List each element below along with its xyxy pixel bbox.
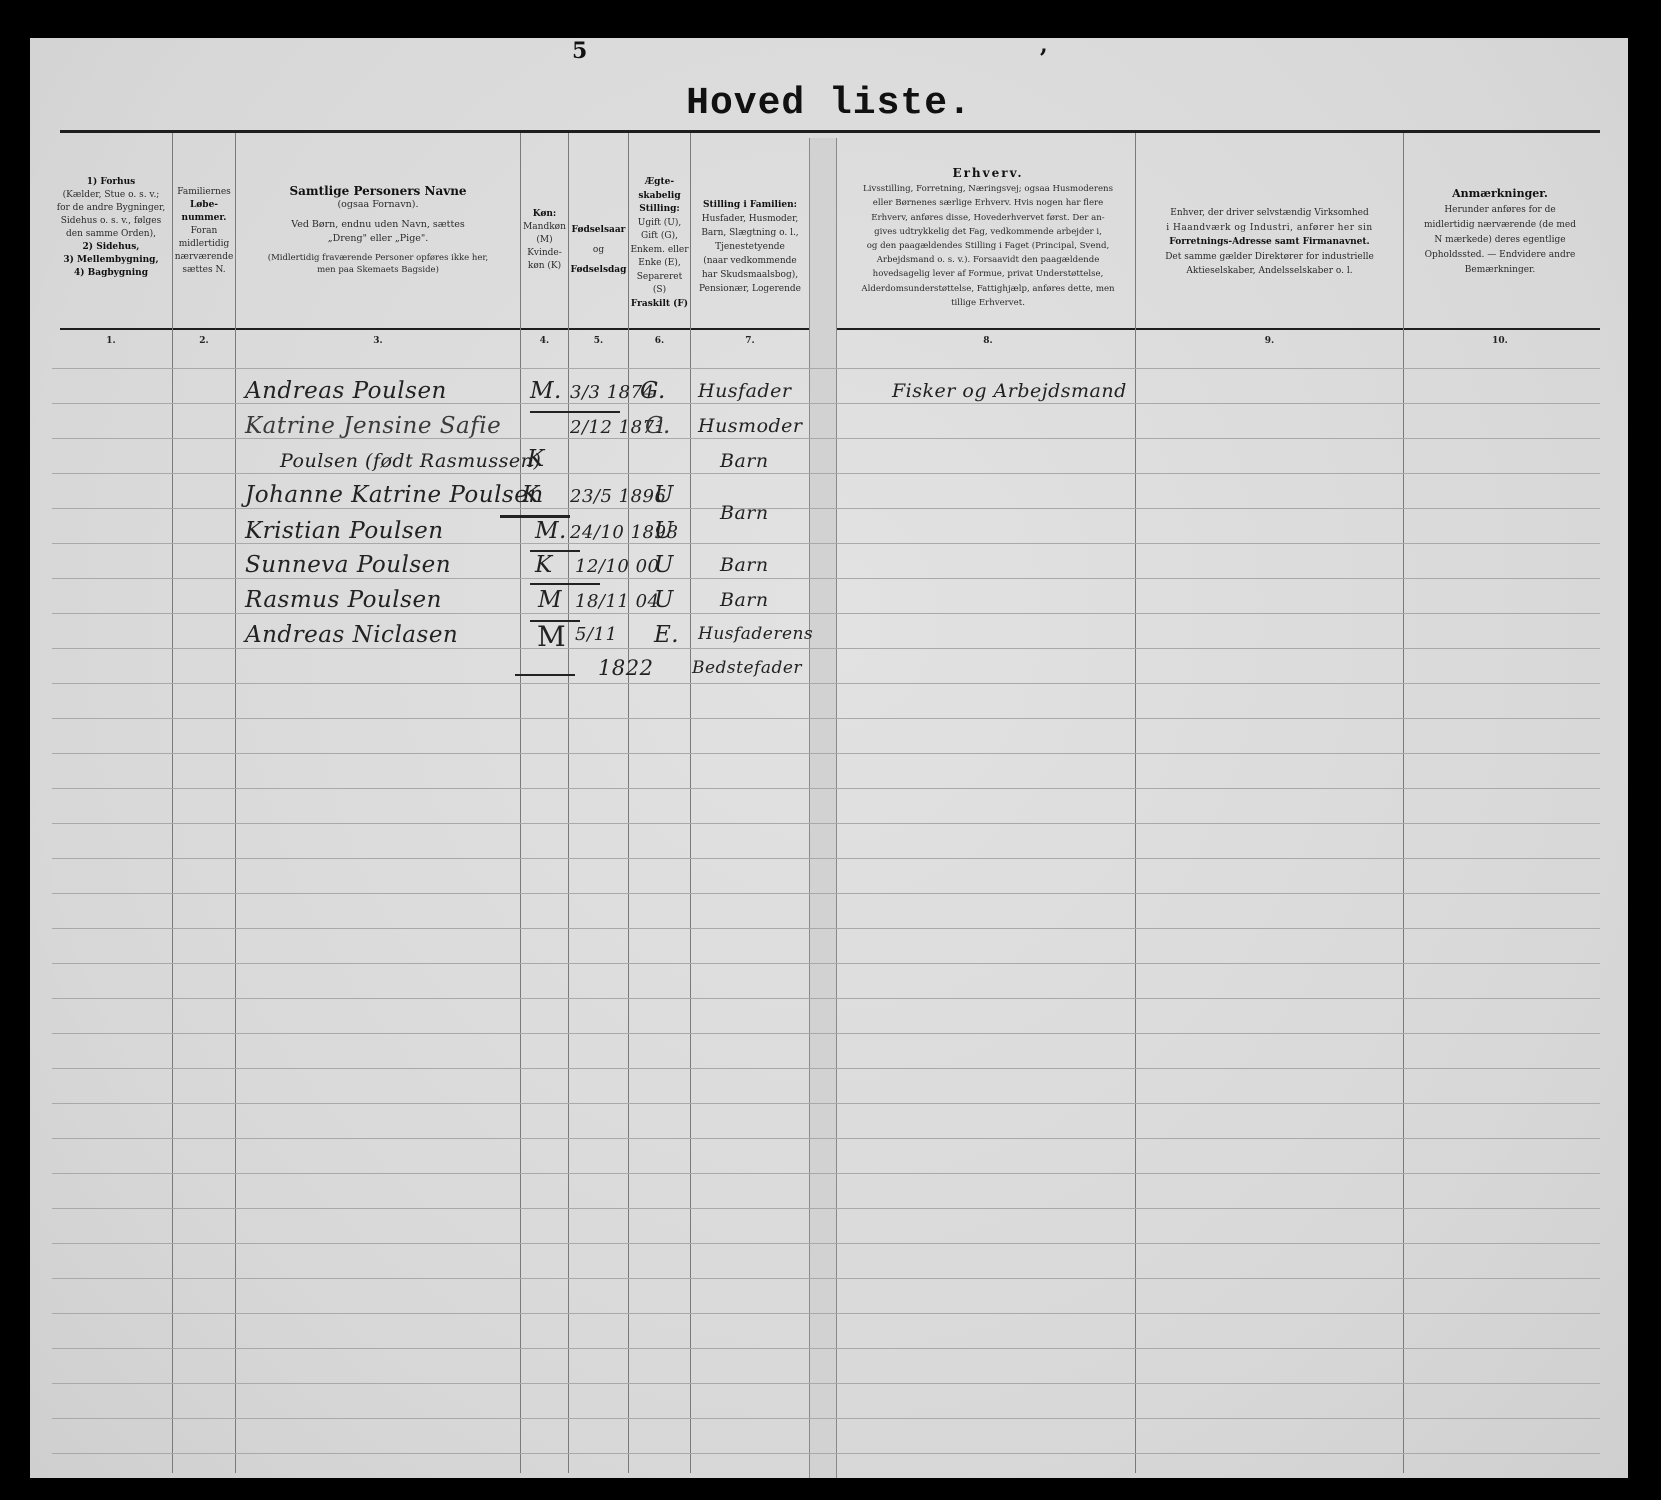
header-col-2-line: nummer. <box>182 213 227 223</box>
header-col-3-line: Ved Børn, endnu uden Navn, sættes <box>236 218 520 232</box>
header-col-6-line: Enke (E), <box>629 257 690 271</box>
header-col-8-line: og den paagældendes Stilling i Faget (Pr… <box>842 239 1134 253</box>
entry-birth: 5/11 <box>575 624 617 645</box>
entry-birth: 23/5 1896 <box>570 486 666 507</box>
col-divider-2 <box>235 133 236 1473</box>
ruled-line <box>52 998 1600 999</box>
ruled-line <box>52 1173 1600 1174</box>
entry-family-position: Husfaderens <box>698 624 813 644</box>
entry-marital: G. <box>640 378 666 404</box>
header-col-9: Enhver, der driver selvstændig Virksomhe… <box>1136 206 1403 279</box>
header-col-8-line: eller Børnenes særlige Erhverv. Hvis nog… <box>842 196 1134 210</box>
entry-birth-year: 1822 <box>598 656 653 680</box>
header-col-6-line: Separeret <box>629 271 690 285</box>
top-mark-left: 5 <box>572 38 587 64</box>
entry-sex: M <box>537 620 566 653</box>
pen-stroke <box>530 620 580 622</box>
page-title: Hoved liste. <box>30 82 1628 125</box>
entry-occupation: Fisker og Arbejdsmand <box>892 380 1127 402</box>
header-col-8-line: hovedsagelig lever af Formue, privat Und… <box>842 267 1134 281</box>
ruled-line <box>52 578 1600 579</box>
pen-stroke <box>515 674 575 676</box>
header-col-6-line: Ugift (U), <box>629 217 690 231</box>
header-col-8-line: Alderdomsunderstøttelse, Fattighjælp, an… <box>842 282 1134 296</box>
header-col-9-line: Enhver, der driver selvstændig Virksomhe… <box>1136 206 1403 221</box>
header-col-6-line: (S) <box>629 284 690 298</box>
header-col-8: Erhverv. Livsstilling, Forretning, Nærin… <box>842 166 1134 310</box>
header-col-1-line: 1) Forhus <box>87 177 135 187</box>
header-col-4-line: Mandkøn <box>521 221 568 234</box>
ruled-line <box>52 1208 1600 1209</box>
column-number-4: 4. <box>521 336 568 346</box>
column-number-3: 3. <box>236 336 520 346</box>
header-col-10: Anmærkninger. Herunder anføres for de mi… <box>1404 186 1596 278</box>
entry-sex: K <box>522 482 540 508</box>
ruled-line <box>52 963 1600 964</box>
entry-sex: K <box>535 552 553 578</box>
header-col-2-line: Løbe- <box>190 200 218 210</box>
header-col-8-line: Livsstilling, Forretning, Næringsvej; og… <box>842 182 1134 196</box>
header-col-4-line: Køn: <box>533 209 557 219</box>
header-col-7-line: Barn, Slægtning o. l., <box>691 226 809 240</box>
header-col-2-line: nærværende <box>173 251 235 264</box>
header-col-3-line: (Midlertidig fraværende Personer opføres… <box>236 252 520 264</box>
header-col-1-line: for de andre Bygninger, <box>52 202 170 215</box>
ruled-line <box>52 368 1600 369</box>
entry-birth: 12/10 00 <box>575 556 660 577</box>
header-col-9-line: Det samme gælder Direktører for industri… <box>1136 250 1403 265</box>
header-col-10-line: Herunder anføres for de <box>1404 203 1596 218</box>
header-col-10-line: midlertidig nærværende (de med <box>1404 218 1596 233</box>
census-sheet: 5 , Hoved liste. 1) Forhus (Kælder, Stue… <box>30 38 1628 1478</box>
header-col-3-heading: Samtlige Personers Navne <box>236 184 520 198</box>
col-divider-6 <box>690 133 691 1473</box>
header-col-2-line: Foran <box>173 225 235 238</box>
column-number-5: 5. <box>569 336 628 346</box>
header-col-5-line: Fødselsdag <box>571 265 627 275</box>
header-col-10-line: Bemærkninger. <box>1404 263 1596 278</box>
entry-name: Andreas Poulsen <box>245 378 447 404</box>
ruled-line <box>52 788 1600 789</box>
column-number-1: 1. <box>52 336 170 346</box>
header-col-8-line: gives udtrykkelig det Fag, vedkommende a… <box>842 225 1134 239</box>
ruled-line <box>52 1418 1600 1419</box>
header-col-8-line: tillige Erhvervet. <box>842 296 1134 310</box>
header-col-3: Samtlige Personers Navne (ogsaa Fornavn)… <box>236 184 520 276</box>
header-col-10-line: Opholdssted. — Endvidere andre <box>1404 248 1596 263</box>
ruled-line <box>52 1033 1600 1034</box>
ruled-line <box>52 1313 1600 1314</box>
header-col-7-line: har Skudsmaalsbog), <box>691 268 809 282</box>
header-col-1: 1) Forhus (Kælder, Stue o. s. v.; for de… <box>52 176 170 280</box>
header-col-5-line: og <box>569 240 628 260</box>
ruled-line <box>52 823 1600 824</box>
header-col-7-line: Tjenestetyende <box>691 240 809 254</box>
col-divider-5 <box>628 133 629 1473</box>
header-col-8-heading: Erhverv. <box>842 166 1134 180</box>
entry-name: Kristian Poulsen <box>245 518 444 544</box>
entry-family-position: Barn <box>720 450 769 472</box>
header-col-2-line: sættes N. <box>173 264 235 277</box>
col-divider-3 <box>520 133 521 1473</box>
ruled-line <box>52 718 1600 719</box>
header-col-1-line: 4) Bagbygning <box>74 268 148 278</box>
header-col-5: Fødselsaar og Fødselsdag <box>569 220 628 280</box>
entry-family-position: Barn <box>720 554 769 576</box>
ruled-line <box>52 1138 1600 1139</box>
ruled-line <box>52 753 1600 754</box>
header-col-7: Stilling i Familien: Husfader, Husmoder,… <box>691 198 809 296</box>
header-col-5-line: Fødselsaar <box>572 225 626 235</box>
header-col-2-line: Familiernes <box>173 186 235 199</box>
entry-family-position: Husmoder <box>698 415 803 437</box>
header-col-9-line: i Haandværk og Industri, anfører her sin <box>1136 221 1403 236</box>
header-col-8-line: Arbejdsmand o. s. v.). Forsaavidt den pa… <box>842 253 1134 267</box>
header-col-1-line: (Kælder, Stue o. s. v.; <box>52 189 170 202</box>
header-col-2-line: midlertidig <box>173 238 235 251</box>
header-col-6-line: Enkem. eller <box>629 244 690 258</box>
ruled-line <box>52 1068 1600 1069</box>
entry-sex: K <box>527 446 545 472</box>
header-col-3-line: (ogsaa Fornavn). <box>236 198 520 212</box>
col-divider-1 <box>172 133 173 1473</box>
header-col-6-line: Stilling: <box>639 204 680 214</box>
header-col-4: Køn: Mandkøn (M) Kvinde- køn (K) <box>521 208 568 273</box>
header-col-4-line: (M) <box>521 234 568 247</box>
entry-marital: G. <box>645 413 671 439</box>
column-number-8: 8. <box>842 336 1134 346</box>
top-mark-right: , <box>1040 32 1048 58</box>
entry-name: Andreas Niclasen <box>245 622 458 648</box>
header-col-7-line: (naar vedkommende <box>691 254 809 268</box>
entry-family-position: Barn <box>720 589 769 611</box>
col-divider-9 <box>1403 133 1404 1473</box>
entry-sex: M. <box>535 518 567 544</box>
ruled-line <box>52 893 1600 894</box>
entry-family-position: Husfader <box>698 380 791 402</box>
header-col-4-line: Kvinde- <box>521 247 568 260</box>
column-number-10: 10. <box>1404 336 1596 346</box>
column-number-6: 6. <box>629 336 690 346</box>
pen-stroke <box>530 550 580 552</box>
ruled-line <box>52 1383 1600 1384</box>
entry-name-continued: Poulsen (født Rasmussen) <box>280 450 541 472</box>
entry-marital: U <box>654 587 674 613</box>
column-number-2: 2. <box>173 336 235 346</box>
header-col-1-line: 3) Mellembygning, <box>63 255 158 265</box>
ruled-line <box>52 1348 1600 1349</box>
header-col-3-line: „Dreng" eller „Pige". <box>236 232 520 246</box>
header-col-7-line: Pensionær, Logerende <box>691 282 809 296</box>
entry-marital: U <box>654 482 674 508</box>
header-col-6-line: skabelig <box>638 191 680 201</box>
header-col-7-line: Stilling i Familien: <box>703 200 797 210</box>
header-col-8-line: Erhverv, anføres disse, Hovederhvervet f… <box>842 211 1134 225</box>
header-col-6: Ægte- skabelig Stilling: Ugift (U), Gift… <box>629 176 690 311</box>
header-col-6-line: Gift (G), <box>629 230 690 244</box>
entry-family-position-continued: Bedstefader <box>692 658 802 678</box>
ruled-line <box>52 1278 1600 1279</box>
ruled-line <box>52 858 1600 859</box>
header-col-1-line: Sidehus o. s. v., følges <box>52 215 170 228</box>
ruled-line <box>52 648 1600 649</box>
pen-stroke <box>530 583 600 585</box>
header-col-9-line: Aktieselskaber, Andelsselskaber o. l. <box>1136 264 1403 279</box>
pen-stroke <box>530 411 620 413</box>
header-col-10-line: N mærkede) deres egentlige <box>1404 233 1596 248</box>
header-top-rule <box>60 130 1600 133</box>
header-col-7-line: Husfader, Husmoder, <box>691 212 809 226</box>
header-col-10-heading: Anmærkninger. <box>1404 186 1596 201</box>
header-col-9-line: Forretnings-Adresse samt Firmanavnet. <box>1169 237 1369 247</box>
ruled-line <box>52 928 1600 929</box>
ruled-line <box>52 1103 1600 1104</box>
entry-sex: M <box>538 587 562 613</box>
header-col-1-line: 2) Sidehus, <box>83 242 140 252</box>
ruled-line <box>52 1243 1600 1244</box>
ruled-line <box>52 1453 1600 1454</box>
ruled-line <box>52 613 1600 614</box>
column-number-7: 7. <box>691 336 809 346</box>
entry-name: Sunneva Poulsen <box>245 552 451 578</box>
entry-marital: U <box>654 552 674 578</box>
header-col-2: Familiernes Løbe- nummer. Foran midlerti… <box>173 186 235 277</box>
col-divider-4 <box>568 133 569 1473</box>
entry-name: Katrine Jensine Safie <box>245 413 501 439</box>
header-col-6-line: Fraskilt (F) <box>631 299 688 309</box>
entry-name: Rasmus Poulsen <box>245 587 442 613</box>
entry-name: Johanne Katrine Poulsen <box>245 482 544 508</box>
entry-marital: U <box>654 518 674 544</box>
header-col-3-line: men paa Skemaets Bagside) <box>236 264 520 276</box>
header-col-1-line: den samme Orden), <box>52 228 170 241</box>
entry-marital: E. <box>654 622 679 648</box>
ruled-line <box>52 683 1600 684</box>
header-col-4-line: køn (K) <box>521 260 568 273</box>
column-number-9: 9. <box>1136 336 1403 346</box>
entry-sex: M. <box>530 378 562 404</box>
col-divider-8 <box>1135 133 1136 1473</box>
entry-birth: 18/11 04 <box>575 591 660 612</box>
ruled-line <box>52 508 1600 509</box>
entry-family-position: Barn <box>720 502 769 524</box>
ruled-line <box>52 473 1600 474</box>
page-gutter <box>809 138 837 1478</box>
header-col-6-line: Ægte- <box>645 177 674 187</box>
